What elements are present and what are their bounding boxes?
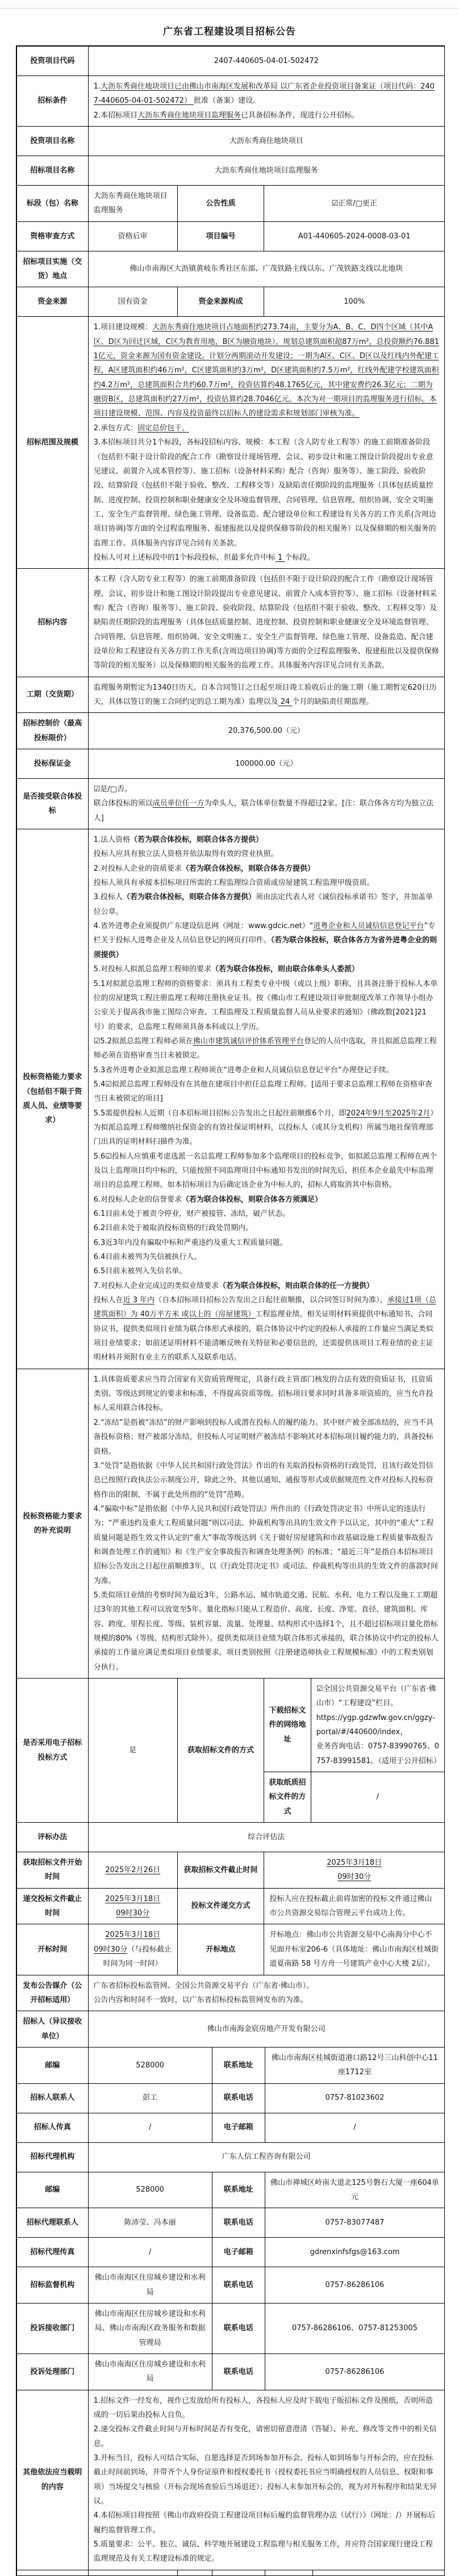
table-row-agency-contact: 招标代理联系人陈沛莹、冯本丽联系电话0757-83077487 [17,2208,444,2238]
row-label: 投标资格能力要求的补充说明 [17,1369,89,1679]
paragraph: 09时30分 [269,1870,439,1884]
qualification-review-value-2: A01-440605-2024-0008-03-01 [264,222,444,251]
text-segment: 公告内容和时间不一致时，以广东省招标投标监管网发布的为准。 [94,1996,308,2004]
construction-period-value: 监理服务期暂定为1340日历天。自本合同签订之日起至项目竣工验收后止的施工期（施… [89,677,444,714]
partial-bottom-row [17,2570,444,2575]
paragraph: 5.4☑拟派总监理工程师没有在其他在建项目中担任总监理工程师。[适用于要求总监理… [94,1077,439,1106]
paragraph: 投标人须具有承接本招标项目所需的工程监理综合资质或房屋建筑工程监理甲级资质。 [94,876,439,890]
table-row-qualification-review: 资格审查方式资格后审项目编号A01-440605-2024-0008-03-01 [17,222,444,251]
agency-fax-value-1: / [89,2238,212,2267]
paragraph: 佛山市南海区住房城乡建设和水利局 [94,2271,207,2300]
row-label: 资金来源 [17,287,89,317]
table-row-tenderer-contact: 招标人联系人彭工联系电话0757-81023602 [17,2084,444,2113]
table-row-consortium-allowed: 是否接受联合体投标☑是/□否。联合体投标的须以成员单位任一方为牵头人，联合体单位… [17,779,444,829]
fund-source-value-2: 100% [264,287,444,317]
text-segment: 大沥东秀商住地块项目占地面积约273.74亩，主要分为A、B、C、D四个区域（其… [94,323,439,418]
paragraph: 资格后审 [94,229,172,244]
text-segment: 6.3近3年内没有骗取中标和严重违约及重大工程质量问题。 [94,1239,287,1247]
table-row-section-name: 标段（包）名称大沥东秀商住地块项目监理服务公告性质☑正常/□更正 [17,186,444,222]
text-segment: 5.质量要求：公平、独立、诚信、科学地开展建设工程监理与相关服务工作，并应符合国… [94,2540,433,2563]
obtain-method-value: ☑全国公共资源交易平台（广东省·佛山市）“工程建设”栏目。https://ygp… [311,1679,444,1772]
paragraph: 公告内容和时间不一致时，以广东省招标投标监管网发布的为准。 [94,1993,439,2007]
paragraph: 6.4目前未被列为失信被执行人。 [94,1250,439,1264]
table-row-qualification-supplementary-notes: 投标资格能力要求的补充说明1.具体资质要求应当符合国家有关资质管理规定，具备行政… [17,1369,444,1679]
paragraph: 2.本招标项目大沥东秀商住地块项目监理服务已具备招标条件，现进行公开招标。 [94,108,439,123]
paragraph: 5.对投标人拟派总监理工程师的要求（若为联合体投标，则由联合体牵头人委派） [94,962,439,976]
text-segment: 投标人须具有承接本招标项目所需的工程监理综合资质或房屋建筑工程监理甲级资质。 [94,879,374,887]
table-row-tenderer-postcode: 邮编528000联系地址佛山市南海区桂城街道港口路12号三山科创中心11座171… [17,2048,444,2084]
paragraph: 2.递交投标文件截止时间与开标时间是否有变化，请密切留意澄清（答疑）、补充、修改… [94,2422,439,2451]
document-obtain-time-label-2: 获取招标文件截止时间 [178,1852,265,1889]
paragraph: 业务咨询电话：0757-83990765、0757-83991581。（适用于公… [316,1739,439,1768]
tenderer-postcode-value-1: 528000 [89,2048,212,2084]
paragraph: 佛山市南海金宸房地产开发有限公司 [94,2022,439,2036]
section-name-value-2: ☑正常/□更正 [264,186,444,222]
row-label: 招标监督机构 [17,2267,89,2304]
text-segment: 1 [276,553,285,562]
paragraph: 6.1目前未处于被责令停业，财产被接管、冻结，破产状态。 [94,1207,439,1221]
text-segment: （自本招标项目招标公告发出之日起往前顺推，以合同签订时间为准）， [155,1296,387,1304]
text-segment: 5.5需提供投标人近期（自本招标项目招标公告发出之日起往前顺推6个月，即 [94,1109,347,1118]
table-row-control-price: 招标控制价（最高投标限价）20,376,500.00（元） [17,713,444,749]
table-row-document-obtain-time: 获取招标文件开始时间2025年2月26日获取招标文件截止时间2025年3月18日… [17,1852,444,1889]
paragraph: 6.5目前未被列入失信名单。 [94,1264,439,1278]
text-segment: 1. [94,82,101,91]
paragraph: 投标人可对上述标段中的1个标段投标，但最多允许中标 1 个标段。 [94,551,439,565]
text-segment: 投标人应具有独立法人资格并依法取得有效的营业执照。 [94,850,278,858]
row-label: 投标资格能力要求（包括但不限于资质人员、业绩等要求） [17,829,89,1369]
complaint-handling-value-2: 0757-86286106 [265,2354,444,2390]
text-segment: 5.类似项目业绩的考察时间为最近3年，公路水运、城市轨道交通、民航、水利、电力工… [94,1591,439,1672]
supervision-agency-value-2: 0757-86286106 [265,2267,444,2304]
paragraph: 监理服务期暂定为1340日历天。自本合同签订之日起至项目竣工验收后止的施工期（施… [94,681,439,710]
text-segment: 2.“冻结”是指被“冻结”的财产影响到投标人或潜在投标人的履约能力。其中财产被全… [94,1419,433,1456]
tenderer-value: 佛山市南海金宸房地产开发有限公司 [89,2011,444,2048]
control-price-value: 20,376,500.00（元） [89,713,444,749]
text-segment: 2025年3月18日 [105,1895,160,1903]
paragraph: A01-440605-2024-0008-03-01 [269,229,439,244]
complaint-receiving-value-2: 0757-86286106、0757-81253005 [265,2304,444,2354]
paragraph: 彭工 [94,2091,207,2105]
text-segment: 大沥东秀商住地块项目已由佛山市南海区发展和改革局 以广东省企业投资项目备案证（项… [94,82,435,105]
text-segment: 佛山市建筑诚信评价体系管理平台 [193,1037,304,1046]
agency-fax-value-2: gdrenxinfsfgs@163.com [265,2238,444,2267]
table-row-tender-conditions: 招标条件1.大沥东秀商住地块项目已由佛山市南海区发展和改革局 以广东省企业投资项… [17,76,444,127]
paragraph: 佛山市南海区住房城乡建设和水利局、佛山市南海区政务服务和数据管理局 [94,2307,207,2350]
text-segment: 09时30分 [337,1873,371,1881]
row-label: 招标代理机构 [17,2143,89,2172]
paragraph: / [316,1790,439,1804]
obtain-method-row: 获取纸质招标文件的方式/ [264,1772,444,1822]
text-segment: 近 3 年内 [123,1296,155,1304]
paragraph: 佛山市南海区住房城乡建设和水利局 [94,2357,207,2386]
agency-fax-label-2: 电子邮箱 [212,2238,265,2267]
paragraph: ☑5.2拟派总监理工程师必须在佛山市建筑诚信评价体系管理平台登记的人员中选取，并… [94,1034,439,1063]
partial-cell [178,2570,212,2575]
row-label: 标段（包）名称 [17,186,89,222]
text-segment: ☑全国公共资源交易平台（广东省·佛山市）“工程建设”栏目。 [316,1685,436,1707]
table-row-evaluation-method: 评标办法综合评估法 [17,1823,444,1852]
text-segment: 广东省招标投标监管网、全国公共资源交易平台（广东省·佛山市）。 [94,1982,314,1990]
row-label: 投诉接收部门 [17,2304,89,2354]
paragraph: 5.3省外进粤企业拟派总监理工程师须在“进粤企业和人员诚信信息登记平台”办理登记… [94,1063,439,1077]
tender-conditions-value: 1.大沥东秀商住地块项目已由佛山市南海区发展和改革局 以广东省企业投资项目备案证… [89,76,444,127]
paragraph: 大沥东秀商住地块项目 [94,134,439,148]
text-segment: 联合体投标的须以 [94,799,153,808]
text-segment: 个标段。 [285,553,314,562]
text-segment: 2025年3月18日 [327,1858,382,1867]
text-segment: 7.对投标人企业完成过的类似业绩要求 [94,1282,219,1290]
text-segment: ☑是/□否。 [94,785,132,794]
project-location-value: 佛山市南海区大沥镇黄岐东秀社区东部、广茂铁路主线以东、广茂铁路支线以北地块 [89,251,444,288]
paragraph: 广东省招标投标监管网、全国公共资源交易平台（广东省·佛山市）。 [94,1979,439,1993]
paragraph: 3.本招标项目共分1个标段，各标段招标内容、规模：本工程（含人防专业工程等）的施… [94,435,439,551]
qualification-review-value-1: 资格后审 [89,222,178,251]
text-segment: （若为联合体投标，则联合体各方提供） [182,865,315,873]
paragraph: / [94,2245,207,2259]
row-label: 招标内容 [17,569,89,677]
table-row-tender-scope: 招标范围及规模1.项目建设规模：大沥东秀商住地块项目占地面积约273.74亩，主… [17,317,444,569]
row-label: 递交投标文件截止时间 [17,1889,89,1925]
agency-postcode-value-1: 528000 [89,2172,212,2209]
paragraph: 1.招标文件一经发布，视作已发放给所有投标人，各投标人应及时下载电子版招标文件及… [94,2394,439,2423]
paragraph: ☑是/□否。 [94,782,439,796]
text-segment: 5.4☑拟派总监理工程师没有在其他在建项目中担任总监理工程师。[适用于要求总监理… [94,1080,432,1103]
row-label: 招标人传真 [17,2113,89,2143]
table-row-other-required-content: 其他依法应当载明的内容1.招标文件一经发布，视作已发放给所有投标人，各投标人应及… [17,2390,444,2570]
text-segment: （若为联合体投标，则由联合体的任一方提供） [219,1282,374,1290]
paragraph: 5.6☑投标人应慎重考虑选派一名总监理工程师参加多个监理项目的投标竞争，如拟派总… [94,1149,439,1193]
text-segment: 1.具体资质要求应当符合国家有关资质管理规定，具备行政主管部门核发的合法有效的资… [94,1375,433,1413]
text-segment: 3.“处罚”是指依据《中华人民共和国行政处罚法》作出的有关取消投标资格的行政处罚… [94,1462,433,1499]
bid-opening-label-2: 开标地点 [178,1924,265,1975]
paragraph: 投标人在近 3 年内（自本招标项目招标公告发出之日起往前顺推，以合同签订时间为准… [94,1293,439,1365]
bid-opening-value-1: 2025年3月18日09时30分（与投标截止时间为同一时间） [89,1924,178,1975]
obtain-method-label: 下载招标文件的网络地址 [264,1679,311,1772]
text-segment: 个月的缺陷责任期监理。 [292,698,373,706]
partial-cell [313,2570,444,2575]
text-segment: 固定总价包干。 [137,424,189,433]
text-segment: https://ygp.gdzwfw.gov.cn/ggzy-portal/#/… [316,1714,435,1736]
paragraph: 联合体投标的须以成员单位任一方为牵头人，联合体单位数量不得超过2家。[注：联合体… [94,796,439,825]
paragraph: 大沥东秀商住地块项目监理服务 [94,163,439,178]
paragraph: 1.大沥东秀商住地块项目已由佛山市南海区发展和改革局 以广东省企业投资项目备案证… [94,79,439,108]
text-segment: 3.投标人 [94,893,123,901]
table-row-agency-postcode: 邮编528000联系地址佛山市禅城区岭南大道北125号磐石大厦一座604单元 [17,2172,444,2209]
paragraph: 0757-86286106 [270,2365,439,2379]
paragraph: 佛山市南海区桂城街道港口路12号三山科创中心11座1712室 [270,2051,439,2080]
text-segment: 成员单位任一方 [153,799,205,808]
qualification-supplementary-notes-value: 1.具体资质要求应当符合国家有关资质管理规定，具备行政主管部门核发的合法有效的资… [89,1369,444,1679]
row-label: 投诉处理部门 [17,2354,89,2390]
paragraph: / [94,2120,207,2134]
paragraph: 0757-86286106、0757-81253005 [270,2321,439,2335]
table-row-project-location: 招标项目实施（交货）地点佛山市南海区大沥镇黄岐东秀社区东部、广茂铁路主线以东、广… [17,251,444,288]
text-segment: ☑5.2拟派总监理工程师必须在 [94,1037,193,1046]
text-segment: 2025年3月18日 [105,1931,160,1939]
row-label: 招标控制价（最高投标限价） [17,713,89,749]
text-segment: （若为联合体投标，则联合体各方须满足） [182,1195,322,1204]
row-label: 发布公告媒介（公开招标适用） [17,1975,89,2012]
tenderer-fax-value-1: / [89,2113,212,2143]
paragraph: 100% [269,295,439,309]
document-obtain-time-value-1: 2025年2月26日 [89,1852,178,1889]
paragraph: 4.本招标项目将按照《佛山市政府投资工程建设项目标后履约监督管理办法（试行）》（… [94,2508,439,2537]
paragraph: 陈沛莹、冯本丽 [94,2216,207,2230]
document-obtain-time-value-2: 2025年3月18日09时30分 [264,1852,444,1889]
table-row-announcement-media: 发布公告媒介（公开招标适用）广东省招标投标监管网、全国公共资源交易平台（广东省·… [17,1975,444,2012]
text-segment: 监理服务期暂定为1340日历天。自本合同签订之日起至项目竣工验收后止的施工期（施… [94,683,437,706]
table-row-construction-period: 工期（交货期）监理服务期暂定为1340日历天。自本合同签订之日起至项目竣工验收后… [17,677,444,714]
text-segment: 已具备招标条件，现进行公开招标。 [241,111,359,120]
text-segment: （若为联合体投标，则联合体各方提供） [123,893,256,901]
electronic-bidding-value: 是 [89,1679,178,1823]
paragraph: 投标人应具有独立法人资格并依法取得有效的营业执照。 [94,847,439,861]
text-segment: 2.递交投标文件截止时间与开标时间是否有变化，请密切留意澄清（答疑）、补充、修改… [94,2425,437,2448]
obtain-method-row: 下载招标文件的网络地址☑全国公共资源交易平台（广东省·佛山市）“工程建设”栏目。… [264,1679,444,1772]
top-divider [0,8,459,9]
paragraph: 大沥东秀商住地块项目监理服务 [94,189,172,218]
paragraph: 广东人信工程咨询有限公司 [94,2150,439,2164]
text-segment: 3.开标当日，投标人可结合实际，自愿选择是否到场参加开标会。投标人如到场参与开标… [94,2454,437,2506]
row-label: 邮编 [17,2048,89,2084]
agency-value: 广东人信工程咨询有限公司 [89,2143,444,2172]
table-row-complaint-handling: 投诉处理部门佛山市南海区住房城乡建设和水利局联系电话0757-86286106 [17,2354,444,2390]
table-row-electronic-bidding: 是否采用电子招标投标方式是获取招标文件的方式下载招标文件的网络地址☑全国公共资源… [17,1679,444,1823]
obtain-method-label: 获取纸质招标文件的方式 [264,1772,311,1822]
tender-content-value: 本工程（含人防专业工程等）的施工前期准备阶段（包括但不限于设计阶段的配合工作（勘… [89,569,444,677]
supervision-agency-label-2: 联系电话 [212,2267,265,2304]
announcement-table: 投资项目代码2407-440605-04-01-502472招标条件1.大沥东秀… [16,45,445,2576]
text-segment: 24 [278,698,293,706]
table-row-complaint-receiving: 投诉接收部门佛山市南海区住房城乡建设和水利局、佛山市南海区政务服务和数据管理局联… [17,2304,444,2354]
text-segment: 投标人在 [94,1296,123,1304]
table-row-bid-submission-deadline: 递交投标文件截止时间2025年3月18日09时30分投标文件递交方式投标人应在投… [17,1889,444,1925]
row-label: 是否接受联合体投标 [17,779,89,829]
tenderer-postcode-label-2: 联系地址 [212,2048,265,2084]
text-segment: 2.本招标项目 [94,111,137,120]
fund-source-value-1: 国有资金 [89,287,178,317]
table-row-bidder-qualification-requirements: 投标资格能力要求（包括但不限于资质人员、业绩等要求）1.法人资格（若为联合体投标… [17,829,444,1369]
paragraph: 2025年3月18日 [94,1928,172,1942]
text-segment: 6.1目前未处于被责令停业，财产被接管、冻结，破产状态。 [94,1210,290,1218]
bid-bond-value: 100000.00（元） [89,749,444,779]
text-segment: （若为联合体投标，则由联合体牵头人委派） [211,965,359,974]
paragraph: 4.省外进粤企业须提供广东建设信息网（网址：www.gdcic.net）“进粤企… [94,919,439,962]
tenderer-contact-value-2: 0757-81023602 [265,2084,444,2113]
text-segment: 5.6☑投标人应慎重考虑选派一名总监理工程师参加多个监理项目的投标竞争，如拟派总… [94,1152,437,1190]
row-label: 招标项目实施（交货）地点 [17,251,89,288]
row-label: 其他依法应当载明的内容 [17,2390,89,2570]
qualification-review-label-2: 项目编号 [178,222,265,251]
document-obtain-methods: 下载招标文件的网络地址☑全国公共资源交易平台（广东省·佛山市）“工程建设”栏目。… [264,1679,444,1823]
row-label: 开标时间 [17,1924,89,1975]
tender-project-name-value: 大沥东秀商住地块项目监理服务 [89,156,444,186]
paragraph: 528000 [94,2183,207,2197]
text-segment: 4.省外进粤企业须提供广东建设信息网（网址：www.gdcic.net）“ [94,922,314,930]
text-segment: 09时30分 [116,1909,149,1918]
paragraph: 20,376,500.00（元） [94,724,439,738]
table-row-investment-project-code: 投资项目代码2407-440605-04-01-502472 [17,47,444,76]
complaint-receiving-value-1: 佛山市南海区住房城乡建设和水利局、佛山市南海区政务服务和数据管理局 [89,2304,212,2354]
table-row-investment-project-name: 投资项目名称大沥东秀商住地块项目 [17,127,444,156]
row-label: 投资项目代码 [17,47,89,76]
text-segment: 6.5目前未被列入失信名单。 [94,1267,187,1276]
row-label: 邮编 [17,2172,89,2209]
paragraph: 国有资金 [94,295,172,309]
table-row-tender-content: 招标内容本工程（含人防专业工程等）的施工前期准备阶段（包括但不限于设计阶段的配合… [17,569,444,677]
paragraph: 是 [94,1743,172,1757]
tenderer-postcode-value-2: 佛山市南海区桂城街道港口路12号三山科创中心11座1712室 [265,2048,444,2084]
bid-submission-deadline-value-2: 投标人应在投标截止前将加密的投标文件通过佛山市公共资源交易综合管理云平台成功上传… [264,1889,444,1925]
row-label: 评标办法 [17,1823,89,1852]
paragraph: 投标人应在投标截止前将加密的投标文件通过佛山市公共资源交易综合管理云平台成功上传… [269,1892,439,1921]
row-label: 招标项目名称 [17,156,89,186]
table-row-tenderer-fax: 招标人传真/电子邮箱/ [17,2113,444,2143]
text-segment: 2025年2月26日 [105,1866,160,1874]
paragraph: 开标地点：佛山市公共资源交易中心南海分中心不见面开标室206-6（具体地址：佛山… [269,1928,439,1971]
paragraph: 2.“冻结”是指被“冻结”的财产影响到投标人或潜在投标人的履约能力。其中财产被全… [94,1416,439,1459]
bid-submission-deadline-label-2: 投标文件递交方式 [178,1889,265,1925]
paragraph: 综合评估法 [94,1830,439,1844]
text-segment: 批准（备案）建设。 [194,97,260,105]
electronic-bidding-label-2: 获取招标文件的方式 [178,1679,265,1823]
text-segment: 2024年9月至2025年2月 [347,1109,431,1118]
paragraph: 2407-440605-04-01-502472 [94,54,439,68]
text-segment: 2.承包方式： [94,424,137,433]
table-row-fund-source: 资金来源国有资金资金来源构成100% [17,287,444,317]
paragraph: 5.类似项目业绩的考察时间为最近3年，公路水运、城市轨道交通、民航、水利、电力工… [94,1588,439,1675]
section-name-label-2: 公告性质 [178,186,265,222]
paragraph: 2.承包方式：固定总价包干。 [94,421,439,435]
text-segment: 业务咨询电话：0757-83990765、0757-83991581。（适用于公… [316,1742,441,1765]
paragraph: 5.5需提供投标人近期（自本招标项目招标公告发出之日起往前顺推6个月，即2024… [94,1106,439,1149]
tenderer-fax-value-2: / [265,2113,444,2143]
text-segment: 5.3省外进粤企业拟派总监理工程师须在“进粤企业和人员诚信信息登记平台”办理登记… [94,1066,394,1075]
partial-cell [212,2570,265,2575]
paragraph: 0757-81023602 [270,2091,439,2105]
text-segment: 09时30分 [94,1945,127,1954]
paragraph: 2.对投标人企业的资质要求（若为联合体投标，则联合体各方提供） [94,862,439,876]
paragraph: 3.“处罚”是指依据《中华人民共和国行政处罚法》作出的有关取消投标资格的行政处罚… [94,1459,439,1502]
paragraph: ☑正常/□更正 [269,196,439,211]
page-title: 广东省工程建设项目招标公告 [0,23,459,37]
paragraph: 09时30分 [94,1906,172,1920]
paragraph: 2025年3月18日 [94,1892,172,1906]
paragraph: 0757-86286106 [270,2278,439,2292]
complaint-receiving-label-2: 联系电话 [212,2304,265,2354]
agency-postcode-value-2: 佛山市禅城区岭南大道北125号磐石大厦一座604单元 [265,2172,444,2209]
text-segment: 4.“骗取中标”是指依据《中华人民共和国行政处罚法》所作出的《行政处罚决定书》中… [94,1505,438,1585]
row-label: 获取招标文件开始时间 [17,1852,89,1889]
paragraph: 2025年2月26日 [94,1863,172,1877]
paragraph: 2025年3月18日 [269,1856,439,1870]
row-label: 招标代理传真 [17,2238,89,2267]
investment-project-name-value: 大沥东秀商住地块项目 [89,127,444,156]
text-segment: 5.对投标人拟派总监理工程师的要求 [94,965,211,974]
supervision-agency-value-1: 佛山市南海区住房城乡建设和水利局 [89,2267,212,2304]
table-row-agency: 招标代理机构广东人信工程咨询有限公司 [17,2143,444,2172]
text-segment: 进粤企业和人员诚信信息登记平台 [313,922,424,930]
text-segment: 1.项目建设规模： [94,323,152,332]
text-segment: 大沥东秀商住地块项目监理服务 [137,111,241,120]
row-label: 资格审查方式 [17,222,89,251]
paragraph: 3.开标当日，投标人可结合实际，自愿选择是否到场参加开标会。投标人如到场参与开标… [94,2451,439,2508]
tenderer-contact-label-2: 联系电话 [212,2084,265,2113]
bidder-qualification-requirements-value: 1.法人资格（若为联合体投标，则联合体各方提供）投标人应具有独立法人资格并依法取… [89,829,444,1369]
table-row-tenderer: 招标人（异议接收单位）佛山市南海金宸房地产开发有限公司 [17,2011,444,2048]
paragraph: 1.项目建设规模：大沥东秀商住地块项目占地面积约273.74亩，主要分为A、B、… [94,320,439,421]
row-label: 招标条件 [17,76,89,127]
partial-cell [17,2570,89,2575]
partial-cell [89,2570,178,2575]
text-segment: 1.法人资格 [94,836,130,844]
agency-contact-value-2: 0757-83077487 [265,2208,444,2238]
row-label: 投资项目名称 [17,127,89,156]
agency-contact-label-2: 联系电话 [212,2208,265,2238]
row-label: 是否采用电子招标投标方式 [17,1679,89,1823]
agency-postcode-label-2: 联系地址 [212,2172,265,2209]
table-row-agency-fax: 招标代理传真/电子邮箱gdrenxinfsfgs@163.com [17,2238,444,2267]
table-row-tender-project-name: 招标项目名称大沥东秀商住地块项目监理服务 [17,156,444,186]
paragraph: 1.具体资质要求应当符合国家有关资质管理规定，具备行政主管部门核发的合法有效的资… [94,1373,439,1416]
paragraph: 6.3近3年内没有骗取中标和严重违约及重大工程质量问题。 [94,1236,439,1250]
paragraph: gdrenxinfsfgs@163.com [270,2245,439,2259]
paragraph: 佛山市南海区大沥镇黄岐东秀社区东部、广茂铁路主线以东、广茂铁路支线以北地块 [94,262,439,276]
paragraph: 3.投标人（若为联合体投标，则联合体各方提供）须由法定代表人对《诚信投标承诺书》… [94,890,439,919]
complaint-handling-label-2: 联系电话 [212,2354,265,2390]
text-segment: 5.1对拟派总监理工程师的资格要求：须具有工程类专业中级（或以上级）职称，且具备… [94,980,438,1031]
text-segment: 3.本招标项目共分1个标段，各标段招标内容、规模：本工程（含人防专业工程等）的施… [94,438,436,547]
tenderer-contact-value-1: 彭工 [89,2084,212,2113]
text-segment: 投标人可对上述标段中的1个标段投标，但最多允许中标 [94,553,276,562]
paragraph: https://ygp.gdzwfw.gov.cn/ggzy-portal/#/… [316,1711,439,1740]
paragraph: 5.1对拟派总监理工程师的资格要求：须具有工程类专业中级（或以上级）职称，且具备… [94,977,439,1034]
announcement-media-value: 广东省招标投标监管网、全国公共资源交易平台（广东省·佛山市）。公告内容和时间不一… [89,1975,444,2012]
paragraph: 6.2目前未处于被取消投标资格的行政处罚期内。 [94,1221,439,1235]
complaint-handling-value-1: 佛山市南海区住房城乡建设和水利局 [89,2354,212,2390]
paragraph: 1.法人资格（若为联合体投标，则联合体各方提供） [94,833,439,847]
text-segment: 6.对投标人企业的信誉要求 [94,1195,182,1204]
text-segment: 4.本招标项目将按照《佛山市政府投资工程建设项目标后履约监督管理办法（试行）》（… [94,2511,436,2534]
text-segment: 6.4目前未被列为失信被执行人。 [94,1253,202,1261]
text-segment: （若为联合体投标，则联合体各方提供） [130,836,263,844]
agency-contact-value-1: 陈沛莹、冯本丽 [89,2208,212,2238]
bid-submission-deadline-value-1: 2025年3月18日09时30分 [89,1889,178,1925]
paragraph: 528000 [94,2058,207,2072]
table-row-supervision-agency: 招标监督机构佛山市南海区住房城乡建设和水利局联系电话0757-86286106 [17,2267,444,2304]
evaluation-method-value: 综合评估法 [89,1823,444,1852]
row-label: 投标保证金 [17,749,89,779]
row-label: 招标代理联系人 [17,2208,89,2238]
consortium-allowed-value: ☑是/□否。联合体投标的须以成员单位任一方为牵头人，联合体单位数量不得超过2家。… [89,779,444,829]
paragraph: 09时30分（与投标截止时间为同一时间） [94,1943,172,1971]
section-name-value-1: 大沥东秀商住地块项目监理服务 [89,186,178,222]
tender-scope-value: 1.项目建设规模：大沥东秀商住地块项目占地面积约273.74亩，主要分为A、B、… [89,317,444,569]
paragraph: ☑全国公共资源交易平台（广东省·佛山市）“工程建设”栏目。 [316,1682,439,1711]
obtain-method-value: / [311,1772,444,1822]
text-segment: 6.2目前未处于被取消投标资格的行政处罚期内。 [94,1224,253,1232]
paragraph: / [270,2120,439,2134]
row-label: 招标人（异议接收单位） [17,2011,89,2048]
row-label: 工期（交货期） [17,677,89,714]
paragraph: 100000.00（元） [94,757,439,771]
bid-opening-value-2: 开标地点：佛山市公共资源交易中心南海分中心不见面开标室206-6（具体地址：佛山… [264,1924,444,1975]
table-row-bid-bond: 投标保证金100000.00（元） [17,749,444,779]
paragraph: 0757-83077487 [270,2216,439,2230]
text-segment: 1.招标文件一经发布，视作已发放给所有投标人，各投标人应及时下载电子版招标文件及… [94,2397,433,2419]
paragraph: 本工程（含人防专业工程等）的施工前期准备阶段（包括但不限于设计阶段的配合工作（勘… [94,572,439,673]
